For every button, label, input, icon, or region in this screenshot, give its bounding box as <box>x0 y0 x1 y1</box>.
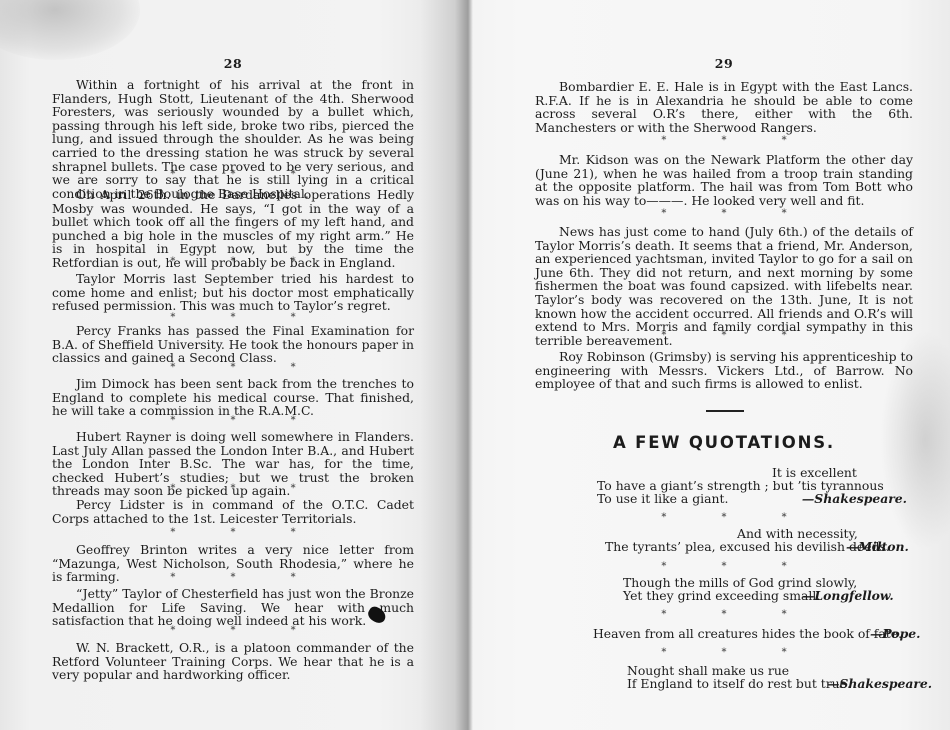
separator-stars: * * * <box>52 571 414 585</box>
separator-stars: * * * <box>52 361 414 375</box>
separator-stars: * * * <box>535 608 913 622</box>
quote-attribution: —Shakespeare. <box>802 492 907 506</box>
separator-stars: * * * <box>52 526 414 540</box>
separator-stars: * * * <box>535 207 913 221</box>
paragraph-mr-kidson: Mr. Kidson was on the Newark Platform th… <box>535 153 913 207</box>
section-rule <box>706 410 744 412</box>
page-number: 28 <box>52 57 414 71</box>
quote-line: Yet they grind exceeding small. <box>623 589 820 603</box>
separator-stars: * * * <box>535 560 913 574</box>
section-heading: A FEW QUOTATIONS. <box>535 436 913 450</box>
quote-attribution: —Longfellow. <box>802 589 894 603</box>
separator-stars: * * * <box>52 624 414 638</box>
paragraph-percy-lidster: Percy Lidster is in command of the O.T.C… <box>52 498 414 525</box>
separator-stars: * * * <box>52 255 414 269</box>
quote-line: Heaven from all creatures hides the book… <box>593 627 902 641</box>
separator-stars: * * * <box>52 414 414 428</box>
paragraph-hugh-stott: Within a fortnight of his arrival at the… <box>52 78 414 200</box>
scan-smudge <box>0 0 140 60</box>
paragraph-roy-robinson: Roy Robinson (Grimsby) is serving his ap… <box>535 350 913 391</box>
quote-attribution: —Milton. <box>846 540 909 554</box>
paragraph-jim-dimock: Jim Dimock has been sent back from the t… <box>52 377 414 418</box>
separator-stars: * * * <box>535 134 913 148</box>
quote-attribution: —Pope. <box>870 627 921 641</box>
paragraph-ee-hale: Bombardier E. E. Hale is in Egypt with t… <box>535 80 913 134</box>
paragraph-wn-brackett: W. N. Brackett, O.R., is a platoon comma… <box>52 641 414 682</box>
paragraph-jetty-taylor: “Jetty” Taylor of Chesterfield has just … <box>52 587 414 628</box>
quote-attribution: —Shakespeare. <box>827 677 932 691</box>
separator-stars: * * * <box>52 482 414 496</box>
separator-stars: * * * <box>52 168 414 182</box>
separator-stars: * * * <box>535 511 913 525</box>
quote-line: If England to itself do rest but true. <box>627 677 851 691</box>
paragraph-taylor-morris: Taylor Morris last September tried his h… <box>52 272 414 313</box>
book-spread: 28 Within a fortnight of his arrival at … <box>0 0 950 730</box>
separator-stars: * * * <box>535 646 913 660</box>
page-number: 29 <box>535 57 913 71</box>
paragraph-percy-franks: Percy Franks has passed the Final Examin… <box>52 324 414 365</box>
quote-line: To use it like a giant. <box>597 492 728 506</box>
separator-stars: * * * <box>535 329 913 343</box>
